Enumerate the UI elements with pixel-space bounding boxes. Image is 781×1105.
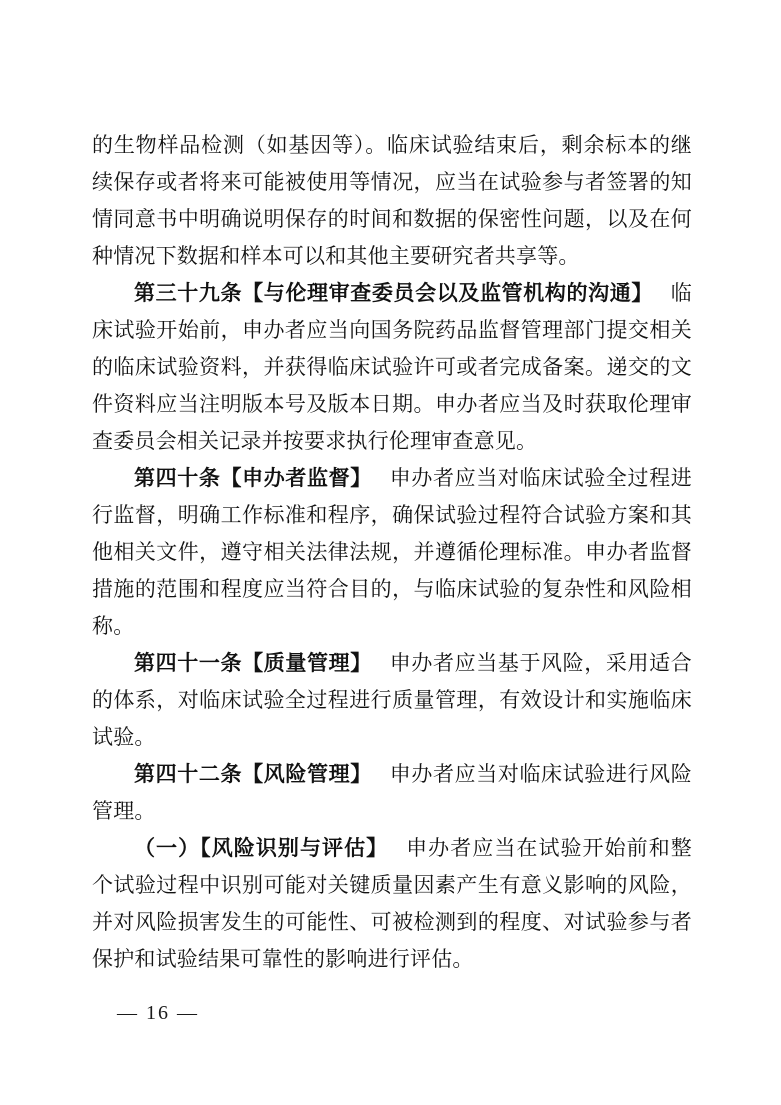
article-39-body: 临床试验开始前，申办者应当向国务院药品监督管理部门提交相关的临床试验资料，并获得… xyxy=(92,281,692,453)
article-42-heading: 第四十二条【风险管理】 xyxy=(134,763,372,786)
paragraph-article-40: 第四十条【申办者监督】申办者应当对临床试验全过程进行监督，明确工作标准和程序，确… xyxy=(92,460,692,645)
page-number: — 16 — xyxy=(117,1002,199,1025)
document-page: 的生物样品检测（如基因等）。临床试验结束后，剩余标本的继续保存或者将来可能被使用… xyxy=(0,0,781,1105)
text-column: 的生物样品检测（如基因等）。临床试验结束后，剩余标本的继续保存或者将来可能被使用… xyxy=(92,127,692,978)
paragraph-article-39: 第三十九条【与伦理审查委员会以及监管机构的沟通】临床试验开始前，申办者应当向国务… xyxy=(92,275,692,460)
paragraph-continuation: 的生物样品检测（如基因等）。临床试验结束后，剩余标本的继续保存或者将来可能被使用… xyxy=(92,127,692,275)
article-40-heading: 第四十条【申办者监督】 xyxy=(134,467,372,490)
paragraph-article-42: 第四十二条【风险管理】申办者应当对临床试验进行风险管理。 xyxy=(92,756,692,830)
article-41-heading: 第四十一条【质量管理】 xyxy=(134,652,372,675)
paragraph-article-41: 第四十一条【质量管理】申办者应当基于风险，采用适合的体系，对临床试验全过程进行质… xyxy=(92,645,692,756)
article-40-body: 申办者应当对临床试验全过程进行监督，明确工作标准和程序，确保试验过程符合试验方案… xyxy=(92,466,692,638)
paragraph-item-1: （一）【风险识别与评估】申办者应当在试验开始前和整个试验过程中识别可能对关键质量… xyxy=(92,830,692,978)
article-39-heading: 第三十九条【与伦理审查委员会以及监管机构的沟通】 xyxy=(134,282,653,305)
item-1-heading: （一）【风险识别与评估】 xyxy=(134,837,388,860)
